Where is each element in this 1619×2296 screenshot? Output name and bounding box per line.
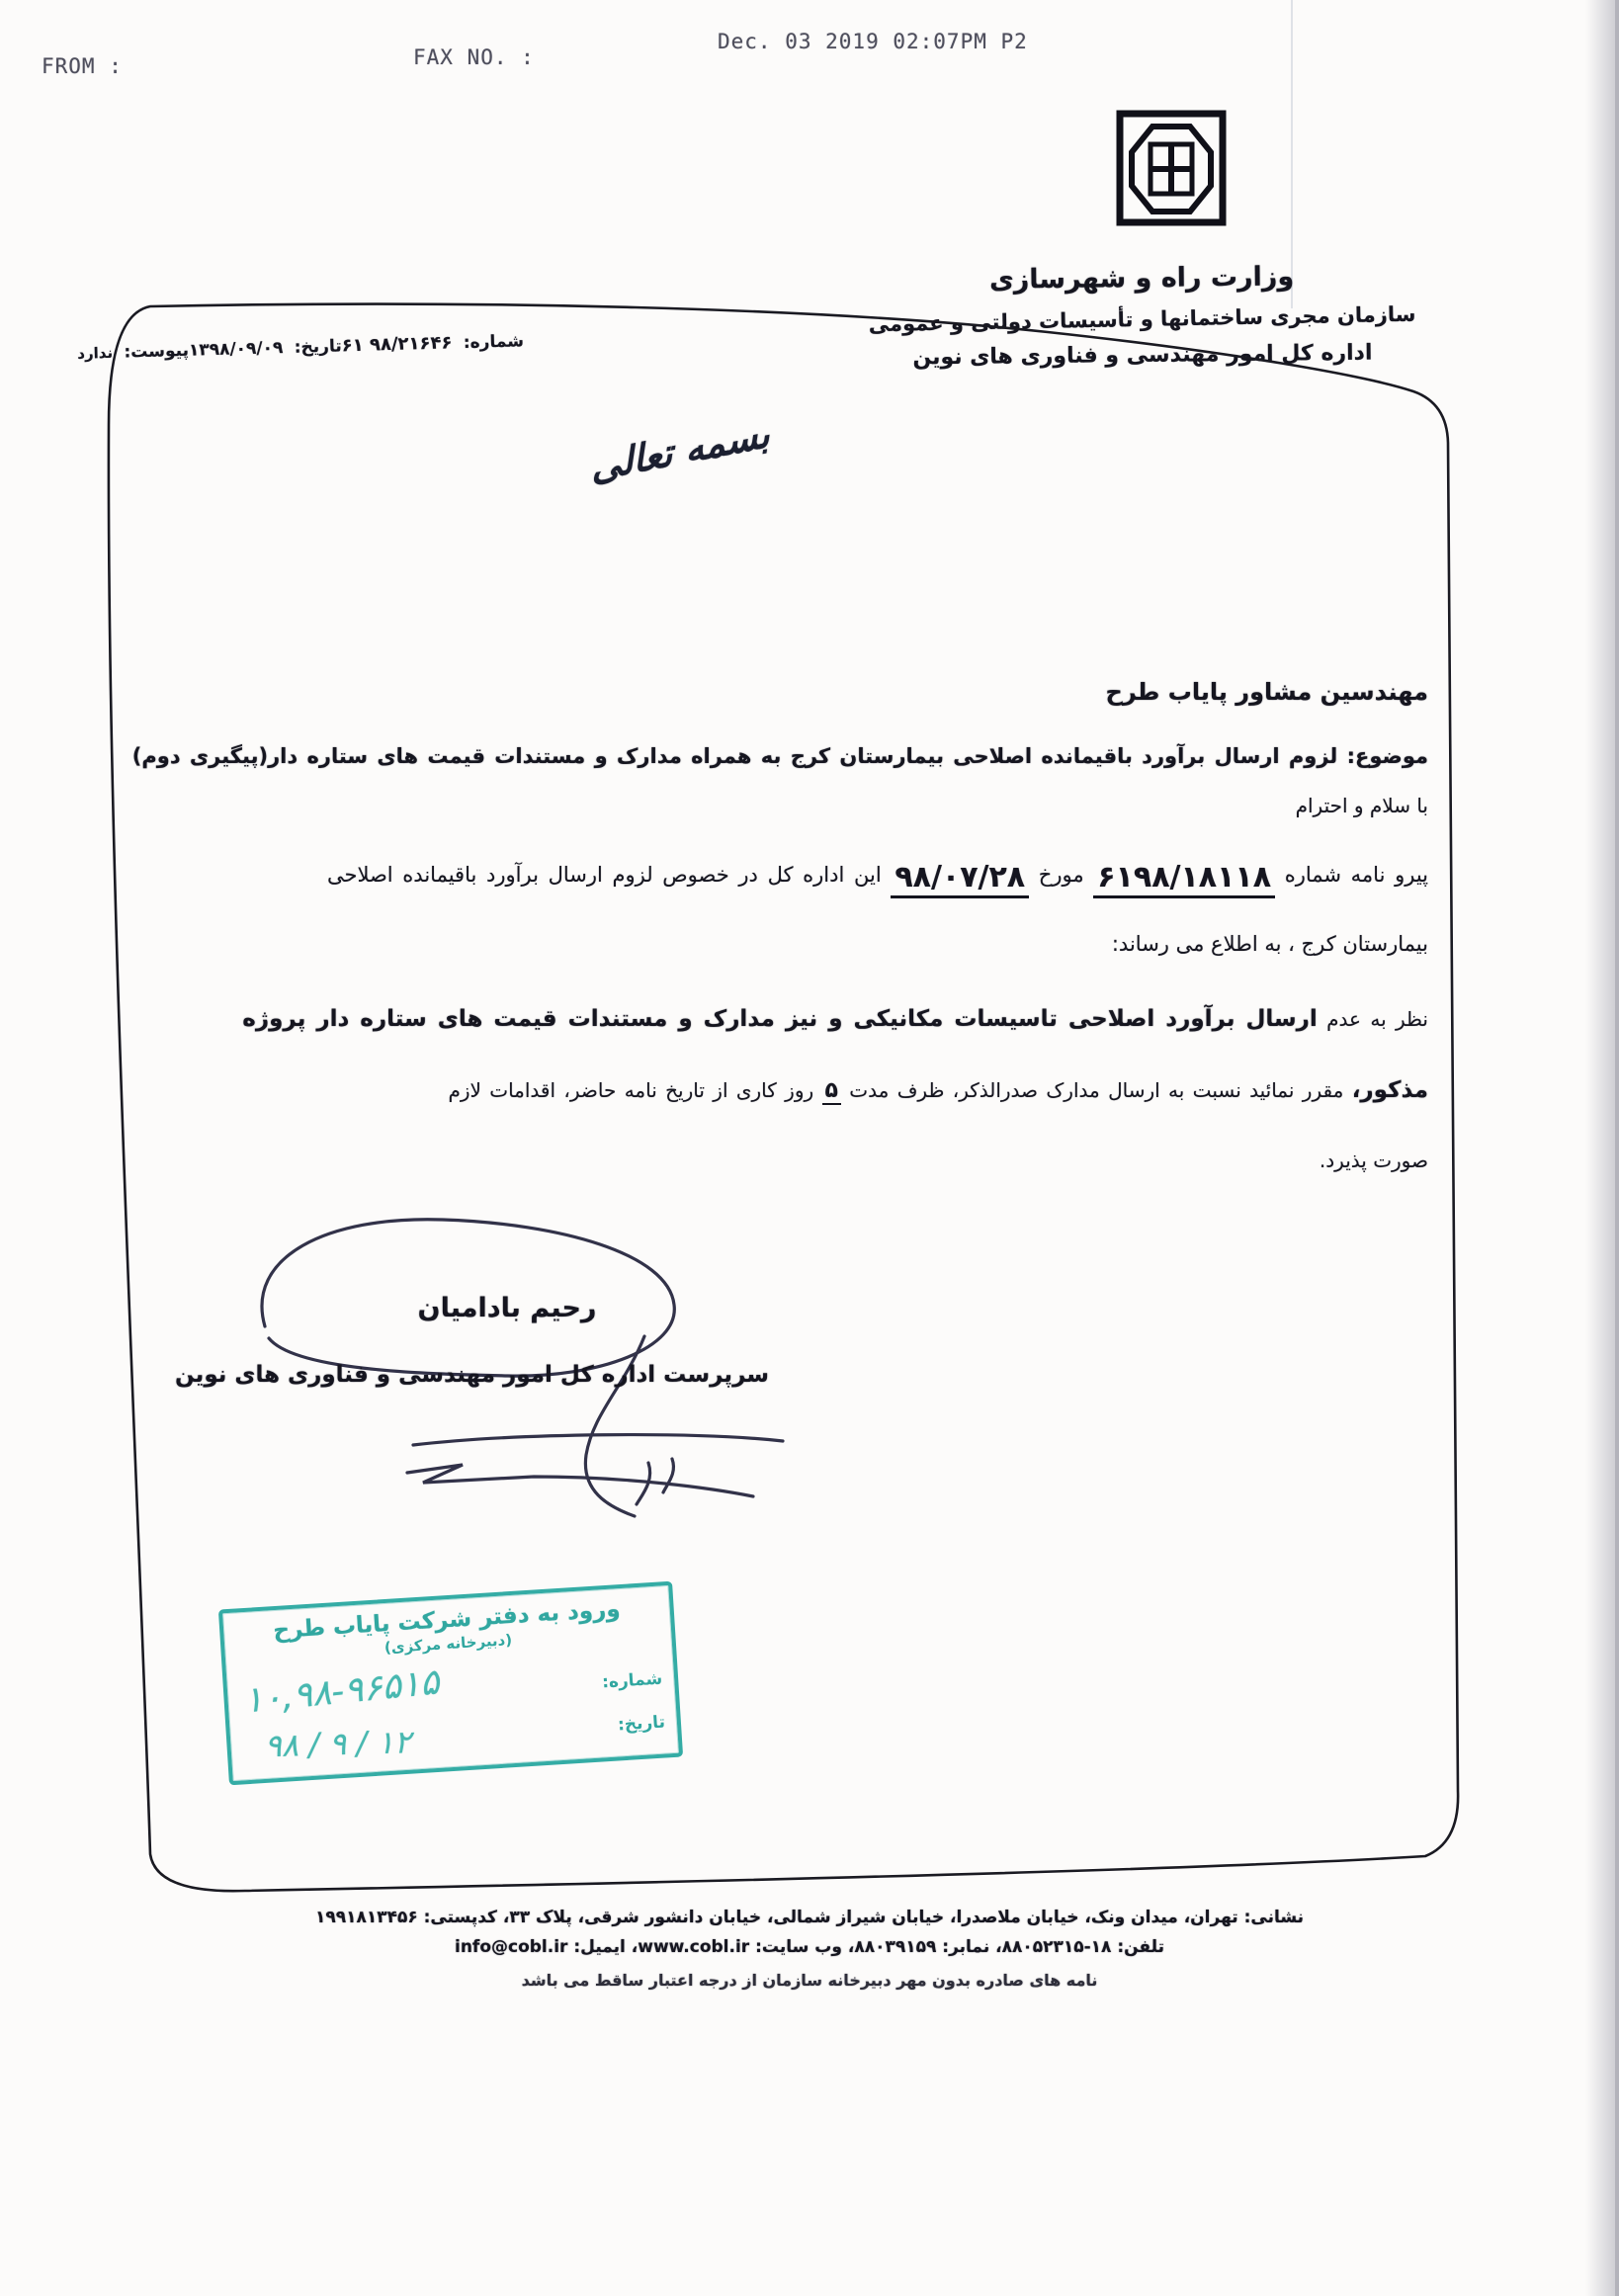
p2-bold1: ارسال برآورد اصلاحی تاسیسات مکانیکی و نی… xyxy=(242,1006,1318,1032)
working-days-count: ۵ xyxy=(822,1078,841,1105)
footer-contact: تلفن: ۱۸-۸۸۰۵۲۳۱۵، نمابر: ۸۸۰۳۹۱۵۹، وب س… xyxy=(127,1937,1492,1957)
fax-from-label: FROM : xyxy=(42,54,123,78)
department-name: اداره کل امور مهندسی و فناوری های نوین xyxy=(858,340,1426,371)
p2-seg2: مقرر نمائید نسبت به ارسال مدارک صدرالذکر… xyxy=(841,1078,1352,1102)
signer-name: رحیم بادامیان xyxy=(364,1293,650,1323)
footer-disclaimer: نامه های صادره بدون مهر دبیرخانه سازمان … xyxy=(127,1971,1492,1990)
p1-seg3: این اداره کل در خصوص لزوم ارسال برآورد ب… xyxy=(327,863,891,887)
number-value: ۹۸/۲۱۶۴۶ ۶۱ xyxy=(341,332,452,356)
scan-edge-shadow xyxy=(1585,0,1619,2296)
p2-bold2: مذکور، xyxy=(1352,1077,1428,1103)
paragraph1-line2: بیمارستان کرج ، به اطلاع می رساند: xyxy=(1112,932,1428,956)
stamp-number-handwritten: ۱۰,۹۸-۹۶۵۱۵ xyxy=(242,1661,442,1721)
paragraph1-line1: پیرو نامه شماره ۶۱۹۸/۱۸۱۱۸ مورخ ۹۸/۰۷/۲۸… xyxy=(327,852,1428,900)
signer-title: سرپرست اداره کل امور مهندسی و فناوری های… xyxy=(196,1362,769,1388)
ministry-logo xyxy=(1115,109,1228,227)
paragraph2-line1: نظر به عدم ارسال برآورد اصلاحی تاسیسات م… xyxy=(242,1006,1428,1032)
receipt-stamp: ورود به دفتر شرکت پایاب طرح (دبیرخانه مر… xyxy=(218,1581,683,1786)
fax-number-label: FAX NO. : xyxy=(413,45,535,69)
reference-date: ۹۸/۰۷/۲۸ xyxy=(891,860,1029,898)
date-value: ۱۳۹۸/۰۹/۰۹ xyxy=(189,338,284,361)
footer-address: نشانی: تهران، میدان ونک، خیابان ملاصدرا،… xyxy=(127,1908,1492,1927)
attachment-value: ندارد xyxy=(77,344,113,363)
meta-fields-row: شماره: ۹۸/۲۱۶۴۶ ۶۱ تاریخ: ۱۳۹۸/۰۹/۰۹ پیو… xyxy=(117,330,524,362)
meta-date: تاریخ: ۱۳۹۸/۰۹/۰۹ xyxy=(189,336,342,360)
fax-timestamp: Dec. 03 2019 02:07PM P2 xyxy=(718,30,1028,53)
meta-number: شماره: ۹۸/۲۱۶۴۶ ۶۱ xyxy=(341,330,524,356)
ministry-name: وزارت راه و شهرسازی xyxy=(857,260,1425,297)
letterhead: وزارت راه و شهرسازی سازمان مجری ساختمانه… xyxy=(857,260,1426,371)
meta-attachment: پیوست: ندارد xyxy=(77,341,189,364)
number-label: شماره: xyxy=(464,331,525,353)
letter-footer: نشانی: تهران، میدان ونک، خیابان ملاصدرا،… xyxy=(127,1908,1492,1990)
reference-number: ۶۱۹۸/۱۸۱۱۸ xyxy=(1093,860,1275,898)
paragraph2-line2: مذکور، مقرر نمائید نسبت به ارسال مدارک ص… xyxy=(448,1077,1428,1103)
subject-line: موضوع: لزوم ارسال برآورد باقیمانده اصلاح… xyxy=(132,744,1428,768)
p2-seg1: نظر به عدم xyxy=(1318,1007,1428,1031)
salutation-line: با سلام و احترام xyxy=(1296,794,1428,817)
p1-seg1: پیرو نامه شماره xyxy=(1275,863,1428,887)
stamp-number-label: شماره: xyxy=(602,1669,663,1693)
organization-name: سازمان مجری ساختمانها و تأسیسات دولتی و … xyxy=(858,301,1426,336)
scanned-fax-page: { "fax": { "from_label": "FROM :", "fax_… xyxy=(0,0,1619,2296)
p1-seg2: مورخ xyxy=(1029,863,1093,887)
stamp-date-handwritten: ۹۸ / ۹ / ۱۲ xyxy=(264,1723,411,1764)
ministry-emblem-icon xyxy=(1115,109,1228,227)
attachment-label: پیوست: xyxy=(124,341,189,363)
paragraph2-line3: صورت پذیرد. xyxy=(1320,1148,1428,1172)
stamp-date-label: تاریخ: xyxy=(617,1712,665,1735)
besmele-calligraphy: بسمه تعالی xyxy=(561,406,798,495)
recipient-line: مهندسین مشاور پایاب طرح xyxy=(1106,678,1428,706)
p2-seg3: روز کاری از تاریخ نامه حاضر، اقدامات لاز… xyxy=(448,1078,821,1102)
date-label: تاریخ: xyxy=(294,336,342,357)
